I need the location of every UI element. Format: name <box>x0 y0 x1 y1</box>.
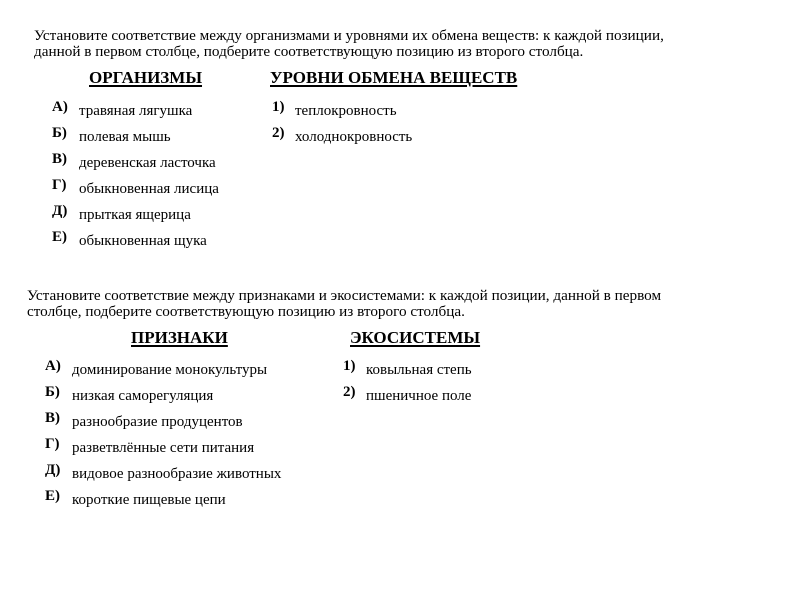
item-letter: Д) <box>52 202 67 220</box>
item-text: короткие пищевые цепи <box>72 491 226 509</box>
task-2-instruction-line-2: столбце, подберите соответствующую позиц… <box>27 304 465 319</box>
task-2-instruction-line-1: Установите соответствие между признаками… <box>27 288 661 303</box>
item-letter: Г) <box>45 435 60 453</box>
item-letter: А) <box>45 357 61 375</box>
item-text: обыкновенная лисица <box>79 180 219 198</box>
task-1-instruction-line-1: Установите соответствие между организмам… <box>34 28 664 43</box>
task-2-right-header: ЭКОСИСТЕМЫ <box>350 329 480 347</box>
item-letter: А) <box>52 98 68 116</box>
item-letter: Б) <box>45 383 60 401</box>
item-number: 2) <box>272 124 285 142</box>
item-text: разветвлённые сети питания <box>72 439 254 457</box>
task-2-left-header: ПРИЗНАКИ <box>131 329 228 347</box>
item-letter: Е) <box>45 487 60 505</box>
item-letter: В) <box>45 409 60 427</box>
item-letter: Г) <box>52 176 67 194</box>
item-text: разнообразие продуцентов <box>72 413 243 431</box>
item-text: пшеничное поле <box>366 387 471 405</box>
item-letter: Е) <box>52 228 67 246</box>
task-1-instruction-line-2: данной в первом столбце, подберите соотв… <box>34 44 583 59</box>
item-text: ковыльная степь <box>366 361 472 379</box>
item-number: 1) <box>343 357 356 375</box>
item-number: 2) <box>343 383 356 401</box>
item-text: деревенская ласточка <box>79 154 216 172</box>
item-letter: Д) <box>45 461 60 479</box>
item-text: полевая мышь <box>79 128 171 146</box>
item-text: теплокровность <box>295 102 397 120</box>
item-text: прыткая ящерица <box>79 206 191 224</box>
task-1-right-header: УРОВНИ ОБМЕНА ВЕЩЕСТВ <box>270 69 517 87</box>
item-number: 1) <box>272 98 285 116</box>
task-1-left-header: ОРГАНИЗМЫ <box>89 69 202 87</box>
item-text: видовое разнообразие животных <box>72 465 281 483</box>
item-text: травяная лягушка <box>79 102 192 120</box>
item-letter: В) <box>52 150 67 168</box>
item-text: доминирование монокультуры <box>72 361 267 379</box>
item-text: низкая саморегуляция <box>72 387 213 405</box>
item-text: холоднокровность <box>295 128 412 146</box>
item-letter: Б) <box>52 124 67 142</box>
item-text: обыкновенная щука <box>79 232 207 250</box>
